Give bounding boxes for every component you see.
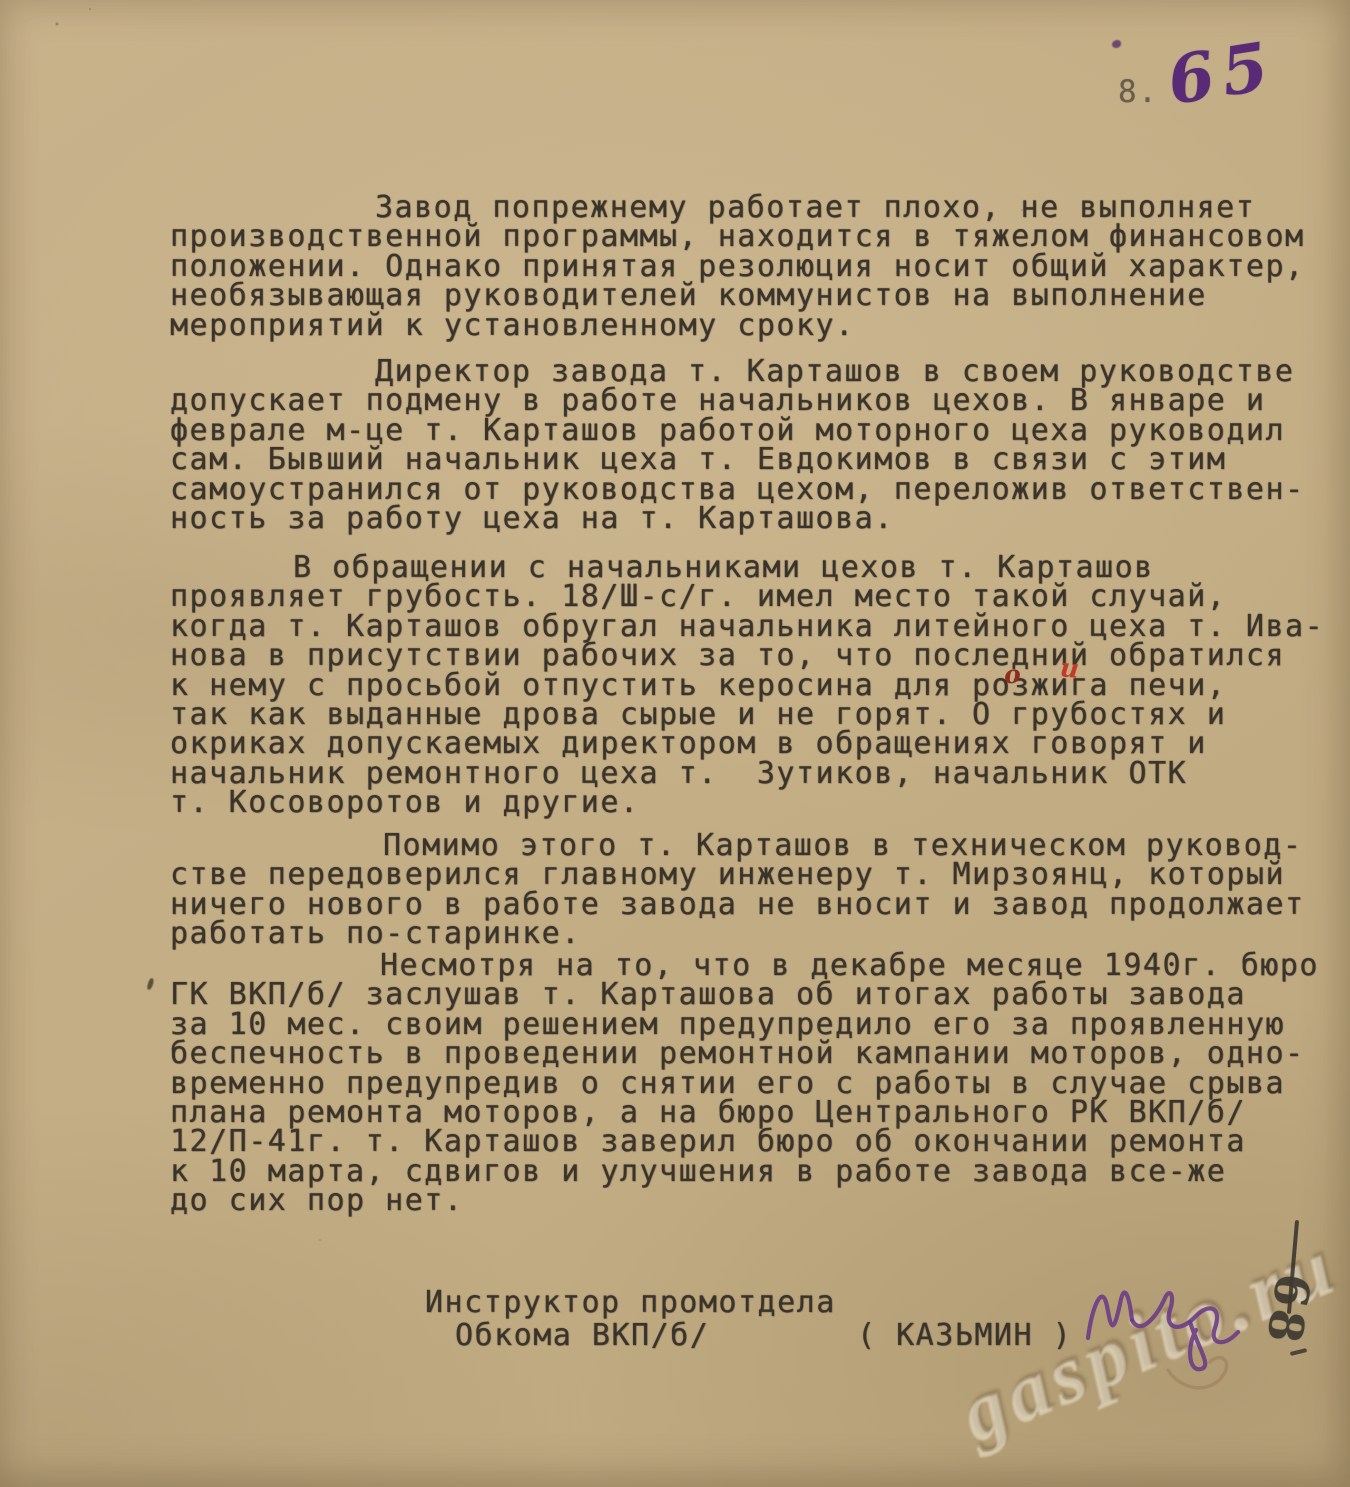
typed-paragraph-2: Директор завода т. Карташов в своем руко… bbox=[170, 357, 1305, 533]
pencil-dash bbox=[1290, 1348, 1307, 1356]
typed-paragraph-5: Несмотря на то, что в декабре месяце 194… bbox=[170, 951, 1319, 1216]
red-correction-letter-o: о bbox=[1003, 659, 1022, 689]
handwritten-signature-icon bbox=[1072, 1252, 1257, 1402]
red-correction-letter-i: и bbox=[1058, 653, 1080, 685]
typed-paragraph-4: Помимо этого т. Карташов в техническом р… bbox=[170, 831, 1305, 949]
signature-role-line-2: Обкома ВКП/б/ bbox=[455, 1321, 709, 1350]
stray-ink-mark bbox=[146, 978, 154, 991]
scanned-document-page: gaspito.ru Завод попрежнему работает пло… bbox=[0, 0, 1350, 1487]
typed-paragraph-3: В обращении с начальниками цехов т. Карт… bbox=[170, 553, 1324, 818]
signature-name: ( КАЗЬМИН ) bbox=[857, 1321, 1072, 1350]
handwritten-page-number: 65 bbox=[1163, 26, 1282, 120]
typed-page-number: 8. bbox=[1118, 78, 1158, 107]
pencil-archive-number: 68 bbox=[1255, 1270, 1320, 1349]
signature-role-line-1: Инструктор промотдела bbox=[425, 1288, 836, 1317]
typed-paragraph-1: Завод попрежнему работает плохо, не выпо… bbox=[170, 193, 1305, 340]
ink-blot bbox=[1112, 40, 1121, 48]
